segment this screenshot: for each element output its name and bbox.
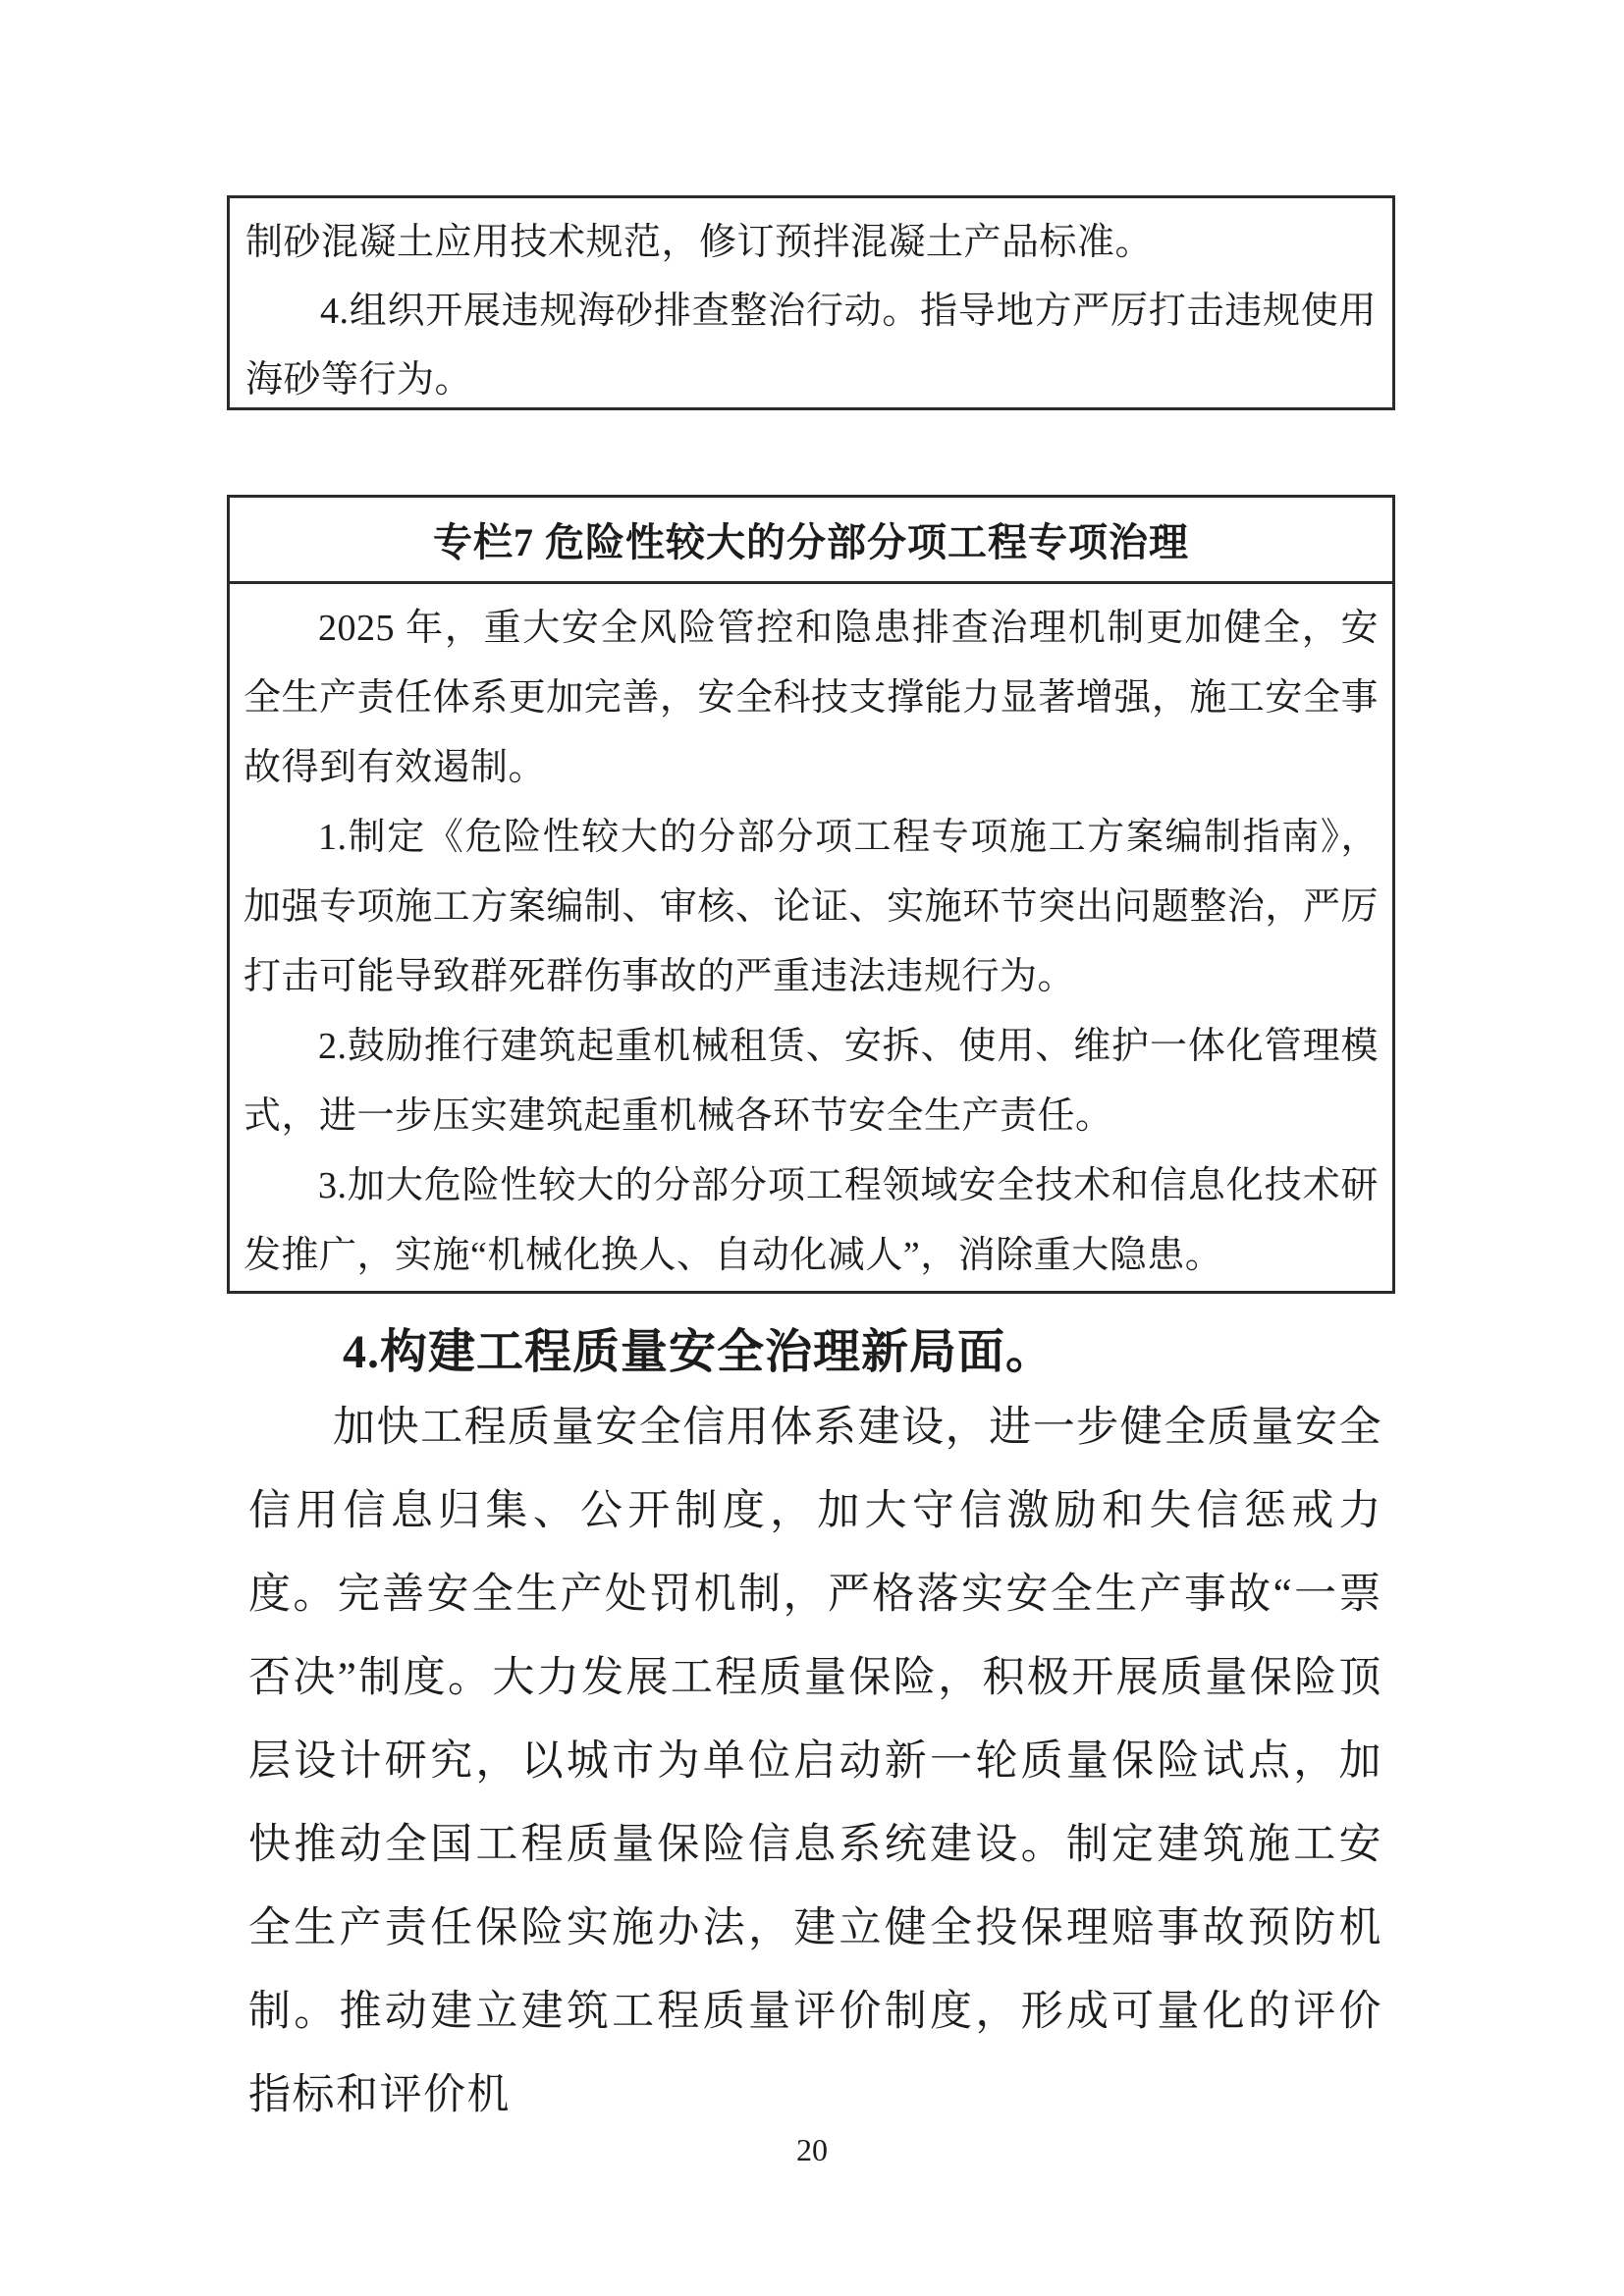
special-column-title: 专栏7 危险性较大的分部分项工程专项治理 — [230, 498, 1392, 584]
special-column-body: 2025 年，重大安全风险管控和隐患排查治理机制更加健全，安全生产责任体系更加完… — [230, 584, 1392, 1291]
body-paragraph: 加快工程质量安全信用体系建设，进一步健全质量安全信用信息归集、公开制度，加大守信… — [248, 1386, 1382, 2137]
box2-paragraph-4: 3.加大危险性较大的分部分项工程领域安全技术和信息化技术研发推广，实施“机械化换… — [244, 1151, 1379, 1291]
special-column-box: 专栏7 危险性较大的分部分项工程专项治理 2025 年，重大安全风险管控和隐患排… — [227, 495, 1395, 1294]
continuation-text-box: 制砂混凝土应用技术规范，修订预拌混凝土产品标准。 4.组织开展违规海砂排查整治行… — [227, 195, 1395, 410]
page-number: 20 — [0, 2132, 1624, 2168]
box1-paragraph-2: 4.组织开展违规海砂排查整治行动。指导地方严厉打击违规使用海砂等行为。 — [245, 277, 1377, 410]
box2-paragraph-2: 1.制定《危险性较大的分部分项工程专项施工方案编制指南》，加强专项施工方案编制、… — [244, 803, 1379, 1012]
document-page: 制砂混凝土应用技术规范，修订预拌混凝土产品标准。 4.组织开展违规海砂排查整治行… — [0, 0, 1624, 2296]
section-heading: 4.构建工程质量安全治理新局面。 — [248, 1313, 1387, 1381]
box2-paragraph-3: 2.鼓励推行建筑起重机械租赁、安拆、使用、维护一体化管理模式，进一步压实建筑起重… — [244, 1012, 1379, 1151]
box1-paragraph-1: 制砂混凝土应用技术规范，修订预拌混凝土产品标准。 — [245, 208, 1377, 277]
box2-paragraph-1: 2025 年，重大安全风险管控和隐患排查治理机制更加健全，安全生产责任体系更加完… — [244, 594, 1379, 803]
